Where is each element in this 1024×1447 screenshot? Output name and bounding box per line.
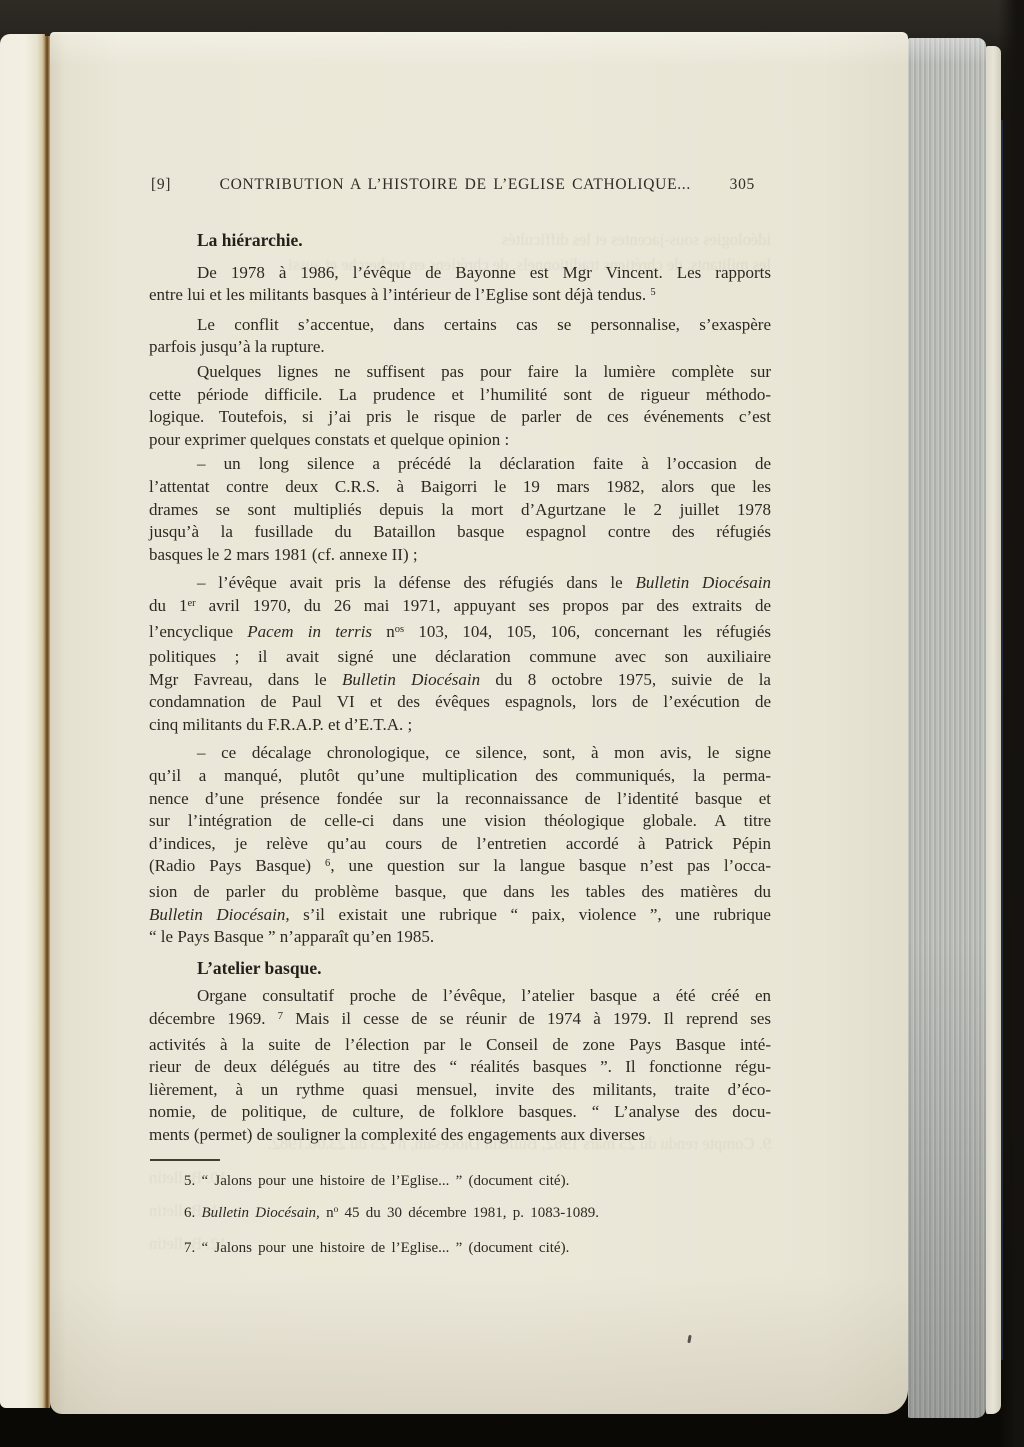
text-line: – ce décalage chronologique, ce silence,…	[149, 742, 771, 765]
footnote: 6. Bulletin Diocésain, no 45 du 30 décem…	[184, 1202, 771, 1226]
text-line: (Radio Pays Basque) 6, une question sur …	[149, 855, 771, 881]
text-line: Organe consultatif proche de l’évêque, l…	[149, 985, 771, 1008]
text-line: basques le 2 mars 1981 (cf. annexe II) ;	[149, 544, 771, 567]
paragraph: – ce décalage chronologique, ce silence,…	[149, 742, 771, 948]
text-run: nomie, de politique, de culture, de folk…	[149, 1102, 771, 1121]
text-run: Organe consultatif proche de l’évêque, l…	[197, 986, 771, 1005]
text-run: du 1	[149, 596, 187, 615]
text-line: qu’il a manqué, plutôt qu’une multiplica…	[149, 765, 771, 788]
footnote-reference: 6	[325, 858, 330, 869]
text-line: sion de parler du problème basque, que d…	[149, 881, 771, 904]
text-run: drames se sont multipliés depuis la mort…	[149, 500, 771, 519]
text-run: 45 du 30 décembre 1981, p. 1083-1089.	[338, 1205, 599, 1221]
text-run: nence d’une présence fondée sur la recon…	[149, 789, 771, 808]
paragraph: Quelques lignes ne suffisent pas pour fa…	[149, 361, 771, 451]
text-run: n	[320, 1205, 334, 1221]
text-run: entre lui et les militants basques à l’i…	[149, 285, 650, 304]
text-line: nence d’une présence fondée sur la recon…	[149, 788, 771, 811]
text-run: Le conflit s’accentue, dans certains cas…	[197, 315, 771, 334]
text-line: cette période difficile. La prudence et …	[149, 384, 771, 407]
paragraph: – un long silence a précédé la déclarati…	[149, 453, 771, 566]
paragraph: Organe consultatif proche de l’évêque, l…	[149, 985, 771, 1146]
italic-text: Bulletin Diocésain	[635, 573, 771, 592]
footnote-reference: os	[395, 624, 404, 635]
text-run: basques le 2 mars 1981 (cf. annexe II) ;	[149, 545, 418, 564]
text-run: – l’évêque avait pris la défense des réf…	[197, 573, 635, 592]
page-number: 305	[730, 174, 755, 197]
text-run: De 1978 à 1986, l’évêque de Bayonne est …	[197, 263, 771, 282]
text-run: du 8 octobre 1975, suivie de la	[480, 670, 771, 689]
text-run: 103, 104, 105, 106, concernant les réfug…	[404, 622, 771, 641]
italic-text: Bulletin Diocésain	[342, 670, 480, 689]
paragraph: De 1978 à 1986, l’évêque de Bayonne est …	[149, 262, 771, 310]
scanned-book-photo: idéologies sous-jacentes et les difficul…	[0, 0, 1024, 1447]
text-line: Mgr Favreau, dans le Bulletin Diocésain …	[149, 669, 771, 692]
text-run: logique. Toutefois, si j’ai pris le risq…	[149, 407, 771, 426]
text-line: l’attentat contre deux C.R.S. à Baigorri…	[149, 476, 771, 499]
text-line: l’encyclique Pacem in terris nos 103, 10…	[149, 621, 771, 647]
text-run: condamnation de Paul VI et des évêques e…	[149, 692, 771, 711]
text-line: pour exprimer quelques constats et quelq…	[149, 429, 771, 452]
text-line: – un long silence a précédé la déclarati…	[149, 453, 771, 476]
text-run: sur l’intégration de celle-ci dans une v…	[149, 811, 771, 830]
italic-text: Bulletin Diocésain,	[202, 1205, 320, 1221]
text-run: jusqu’à la fusillade du Bataillon basque…	[149, 522, 771, 541]
footnote-separator-rule	[150, 1159, 220, 1161]
text-line: du 1er avril 1970, du 26 mai 1971, appuy…	[149, 595, 771, 621]
text-line: nomie, de politique, de culture, de folk…	[149, 1101, 771, 1124]
footnote: 5. “ Jalons pour une histoire de l’Eglis…	[184, 1170, 771, 1192]
text-run: , une question sur la langue basque n’es…	[330, 856, 771, 875]
text-line: “ le Pays Basque ” n’apparaît qu’en 1985…	[149, 926, 771, 949]
text-line: activités à la suite de l’élection par l…	[149, 1034, 771, 1057]
back-cover-edge	[986, 46, 1001, 1414]
text-line: condamnation de Paul VI et des évêques e…	[149, 691, 771, 714]
text-run: parfois jusqu’à la rupture.	[149, 337, 325, 356]
text-line: Bulletin Diocésain, s’il existait une ru…	[149, 904, 771, 927]
text-run: 7. “ Jalons pour une histoire de l’Eglis…	[184, 1240, 569, 1256]
text-run: Mgr Favreau, dans le	[149, 670, 342, 689]
italic-text: Pacem in terris	[247, 622, 372, 641]
text-line: d’indices, je relève qu’au cours de l’en…	[149, 833, 771, 856]
text-run: Mais il cesse de se réunir de 1974 à 197…	[283, 1009, 771, 1028]
text-run: (Radio Pays Basque)	[149, 856, 325, 875]
italic-text: Bulletin Diocésain,	[149, 905, 290, 924]
footnote-reference: 5	[650, 287, 655, 298]
section-reference: [9]	[151, 174, 171, 197]
text-run: politiques ; il avait signé une déclarat…	[149, 647, 771, 666]
text-run: qu’il a manqué, plutôt qu’une multiplica…	[149, 766, 771, 785]
text-line: De 1978 à 1986, l’évêque de Bayonne est …	[149, 262, 771, 285]
subheading: L’atelier basque.	[197, 957, 771, 980]
paragraph: – l’évêque avait pris la défense des réf…	[149, 572, 771, 736]
text-line: Le conflit s’accentue, dans certains cas…	[149, 314, 771, 337]
facing-page-edge	[0, 34, 45, 1408]
text-run: Quelques lignes ne suffisent pas pour fa…	[197, 362, 771, 381]
text-line: décembre 1969. 7 Mais il cesse de se réu…	[149, 1008, 771, 1034]
text-run: activités à la suite de l’élection par l…	[149, 1035, 771, 1054]
page-stack-fore-edge	[908, 38, 986, 1418]
text-run: d’indices, je relève qu’au cours de l’en…	[149, 834, 771, 853]
text-run: l’attentat contre deux C.R.S. à Baigorri…	[149, 477, 771, 496]
text-line: ments (permet) de souligner la complexit…	[149, 1124, 771, 1147]
text-run: décembre 1969.	[149, 1009, 278, 1028]
text-line: logique. Toutefois, si j’ai pris le risq…	[149, 406, 771, 429]
text-line: rieur de deux délégués au titre des “ ré…	[149, 1056, 771, 1079]
text-run: cette période difficile. La prudence et …	[149, 385, 771, 404]
text-run: 5. “ Jalons pour une histoire de l’Eglis…	[184, 1173, 569, 1189]
text-run: pour exprimer quelques constats et quelq…	[149, 430, 509, 449]
text-line: jusqu’à la fusillade du Bataillon basque…	[149, 521, 771, 544]
text-run: 6.	[184, 1205, 202, 1221]
running-header: [9] CONTRIBUTION A L’HISTOIRE DE L’EGLIS…	[149, 174, 771, 194]
text-run: – un long silence a précédé la déclarati…	[197, 454, 771, 473]
footnote-reference: er	[187, 598, 195, 609]
text-line: Quelques lignes ne suffisent pas pour fa…	[149, 361, 771, 384]
book-page: idéologies sous-jacentes et les difficul…	[50, 32, 908, 1414]
text-line: – l’évêque avait pris la défense des réf…	[149, 572, 771, 595]
text-line: lièrement, à un rythme quasi mensuel, in…	[149, 1079, 771, 1102]
text-run: l’encyclique	[149, 622, 247, 641]
page-content: [9] CONTRIBUTION A L’HISTOIRE DE L’EGLIS…	[149, 174, 771, 1269]
footnotes: 5. “ Jalons pour une histoire de l’Eglis…	[149, 1170, 771, 1259]
subheading: La hiérarchie.	[197, 229, 771, 252]
text-line: sur l’intégration de celle-ci dans une v…	[149, 810, 771, 833]
text-run: cinq militants du F.R.A.P. et d’E.T.A. ;	[149, 715, 412, 734]
text-run: n	[372, 622, 395, 641]
text-run: – ce décalage chronologique, ce silence,…	[197, 743, 771, 762]
text-line: entre lui et les militants basques à l’i…	[149, 284, 771, 310]
text-run: ments (permet) de souligner la complexit…	[149, 1125, 645, 1144]
footnote-reference: 7	[278, 1011, 283, 1022]
text-line: parfois jusqu’à la rupture.	[149, 336, 771, 359]
footnote: 7. “ Jalons pour une histoire de l’Eglis…	[184, 1237, 771, 1259]
cover-edge-highlight	[1001, 120, 1003, 1360]
text-line: cinq militants du F.R.A.P. et d’E.T.A. ;	[149, 714, 771, 737]
running-title: CONTRIBUTION A L’HISTOIRE DE L’EGLISE CA…	[220, 174, 691, 197]
page-speck	[687, 1335, 691, 1343]
text-run: “ le Pays Basque ” n’apparaît qu’en 1985…	[149, 927, 434, 946]
text-run: s’il existait une rubrique “ paix, viole…	[290, 905, 771, 924]
text-run: sion de parler du problème basque, que d…	[149, 882, 771, 901]
text-run: lièrement, à un rythme quasi mensuel, in…	[149, 1080, 771, 1099]
footnote-reference: o	[334, 1205, 339, 1215]
paragraph: Le conflit s’accentue, dans certains cas…	[149, 314, 771, 359]
text-flow: La hiérarchie.De 1978 à 1986, l’évêque d…	[149, 229, 771, 1147]
text-run: avril 1970, du 26 mai 1971, appuyant ses…	[196, 596, 771, 615]
text-run: rieur de deux délégués au titre des “ ré…	[149, 1057, 771, 1076]
text-line: politiques ; il avait signé une déclarat…	[149, 646, 771, 669]
text-line: drames se sont multipliés depuis la mort…	[149, 499, 771, 522]
